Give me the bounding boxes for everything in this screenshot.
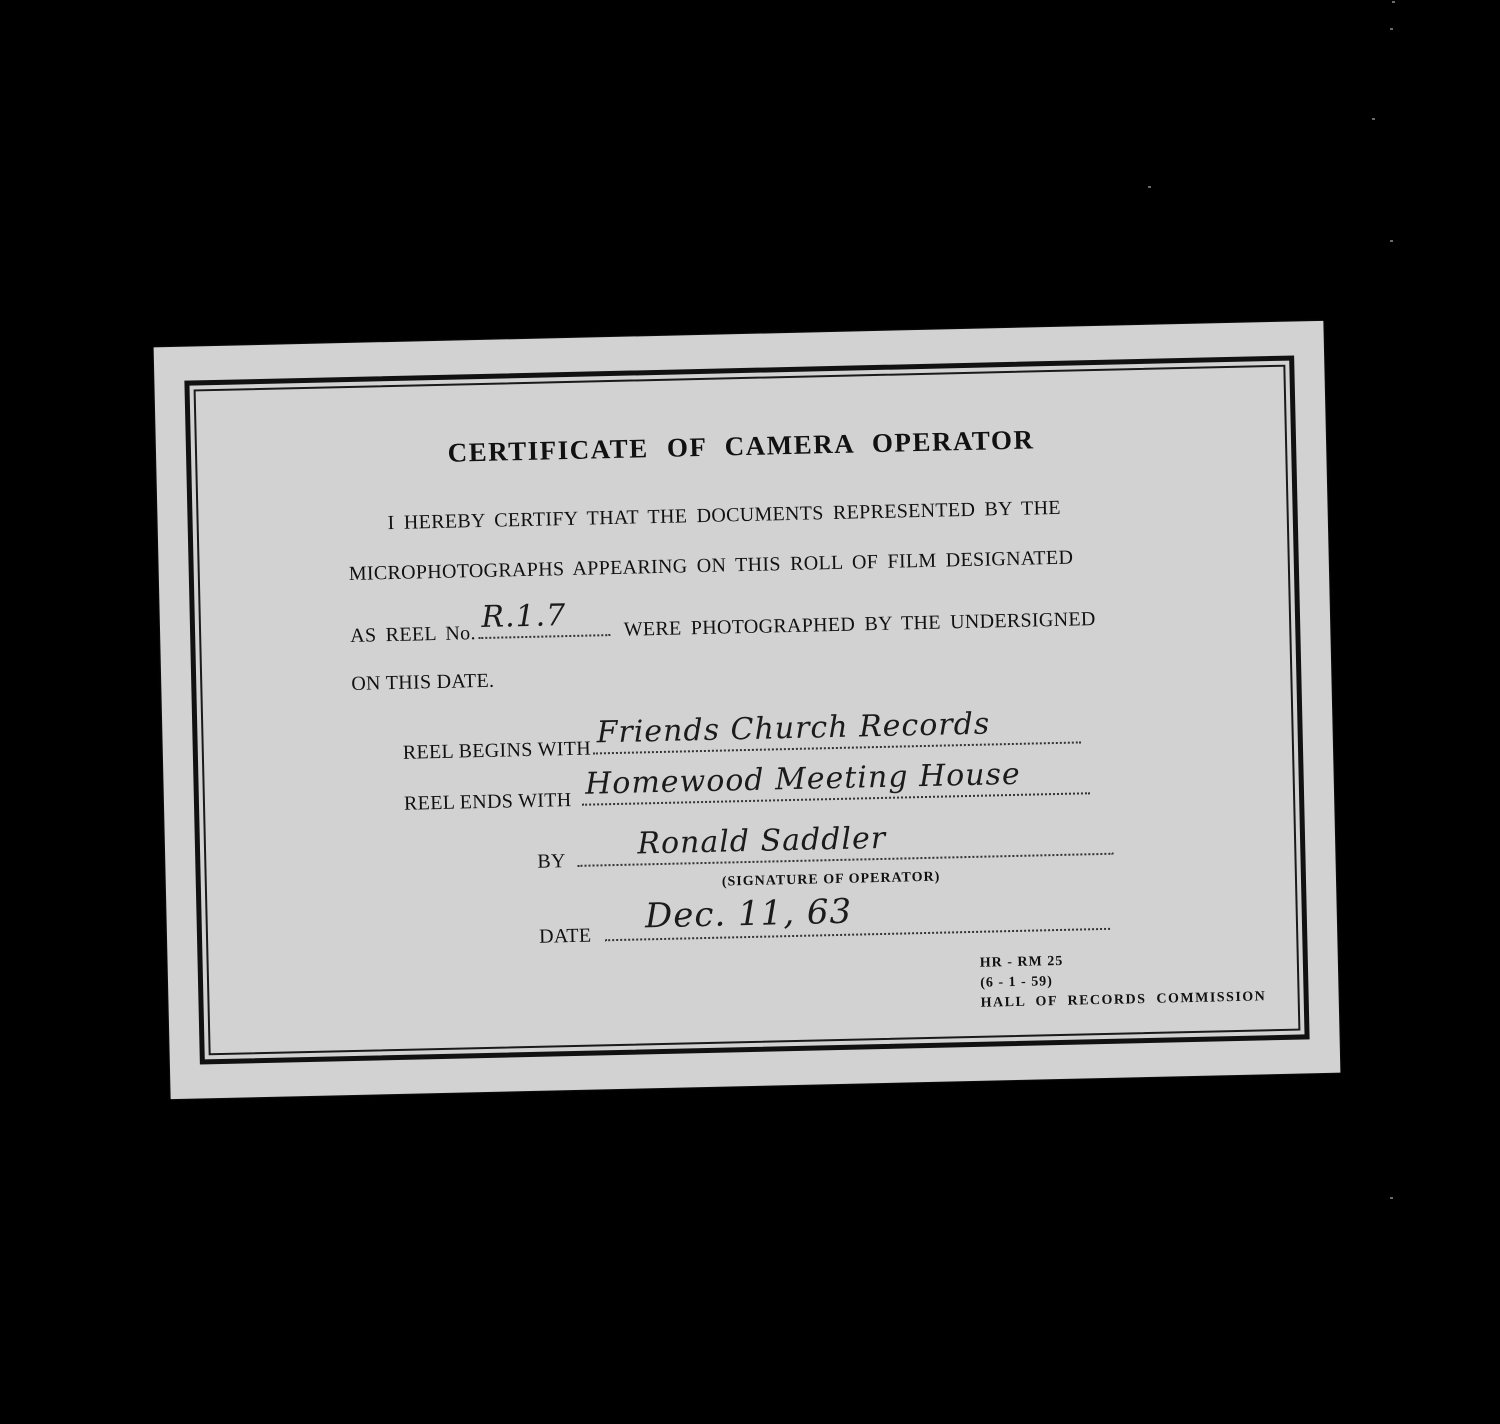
reel-number-label: AS REEL No. (350, 622, 476, 647)
certification-text-line-2: MICROPHOTOGRAPHS APPEARING ON THIS ROLL … (349, 547, 1074, 586)
signature-caption: (SIGNATURE OF OPERATOR) (722, 870, 941, 891)
date-label: DATE (539, 925, 592, 948)
reel-ends-line: REEL ENDS WITHHomewood Meeting House (404, 770, 1090, 816)
date-value: Dec. 11, 63 (645, 892, 853, 937)
certificate-title: CERTIFICATE OF CAMERA OPERATOR (156, 418, 1326, 476)
by-label: BY (537, 850, 566, 873)
certificate-card: CERTIFICATE OF CAMERA OPERATOR I HEREBY … (154, 321, 1341, 1099)
film-speck (1390, 240, 1393, 242)
film-speck (1390, 28, 1393, 30)
reel-begins-field: Friends Church Records (593, 719, 1081, 754)
film-speck (1148, 186, 1151, 188)
reel-ends-field: Homewood Meeting House (581, 770, 1089, 806)
signature-field: Ronald Saddler (577, 831, 1113, 867)
certification-text-line-4: ON THIS DATE. (351, 670, 494, 696)
operator-signature: Ronald Saddler (637, 821, 886, 862)
date-line: DATEDec. 11, 63 (539, 906, 1111, 949)
reel-begins-label: REEL BEGINS WITH (403, 738, 592, 764)
date-field: Dec. 11, 63 (605, 906, 1110, 941)
reel-begins-value: Friends Church Records (596, 706, 990, 750)
reel-number-value: R.1.7 (481, 598, 567, 635)
reel-ends-value: Homewood Meeting House (585, 757, 1021, 802)
film-speck (1390, 1197, 1393, 1199)
reel-ends-label: REEL ENDS WITH (404, 789, 572, 815)
certificate-content: CERTIFICATE OF CAMERA OPERATOR I HEREBY … (154, 321, 1341, 1099)
film-speck (1372, 118, 1375, 120)
certification-text-line-1: I HEREBY CERTIFY THAT THE DOCUMENTS REPR… (387, 497, 1061, 535)
reel-number-field: R.1.7 (477, 612, 610, 639)
form-identifier: HR - RM 25 (6 - 1 - 59) HALL OF RECORDS … (980, 947, 1267, 1013)
film-speck (1392, 1, 1395, 3)
operator-signature-line: BYRonald Saddler (537, 831, 1114, 874)
reel-number-line: AS REEL No.R.1.7WERE PHOTOGRAPHED BY THE… (350, 601, 1096, 648)
certification-text-line-3: WERE PHOTOGRAPHED BY THE UNDERSIGNED (623, 608, 1095, 641)
